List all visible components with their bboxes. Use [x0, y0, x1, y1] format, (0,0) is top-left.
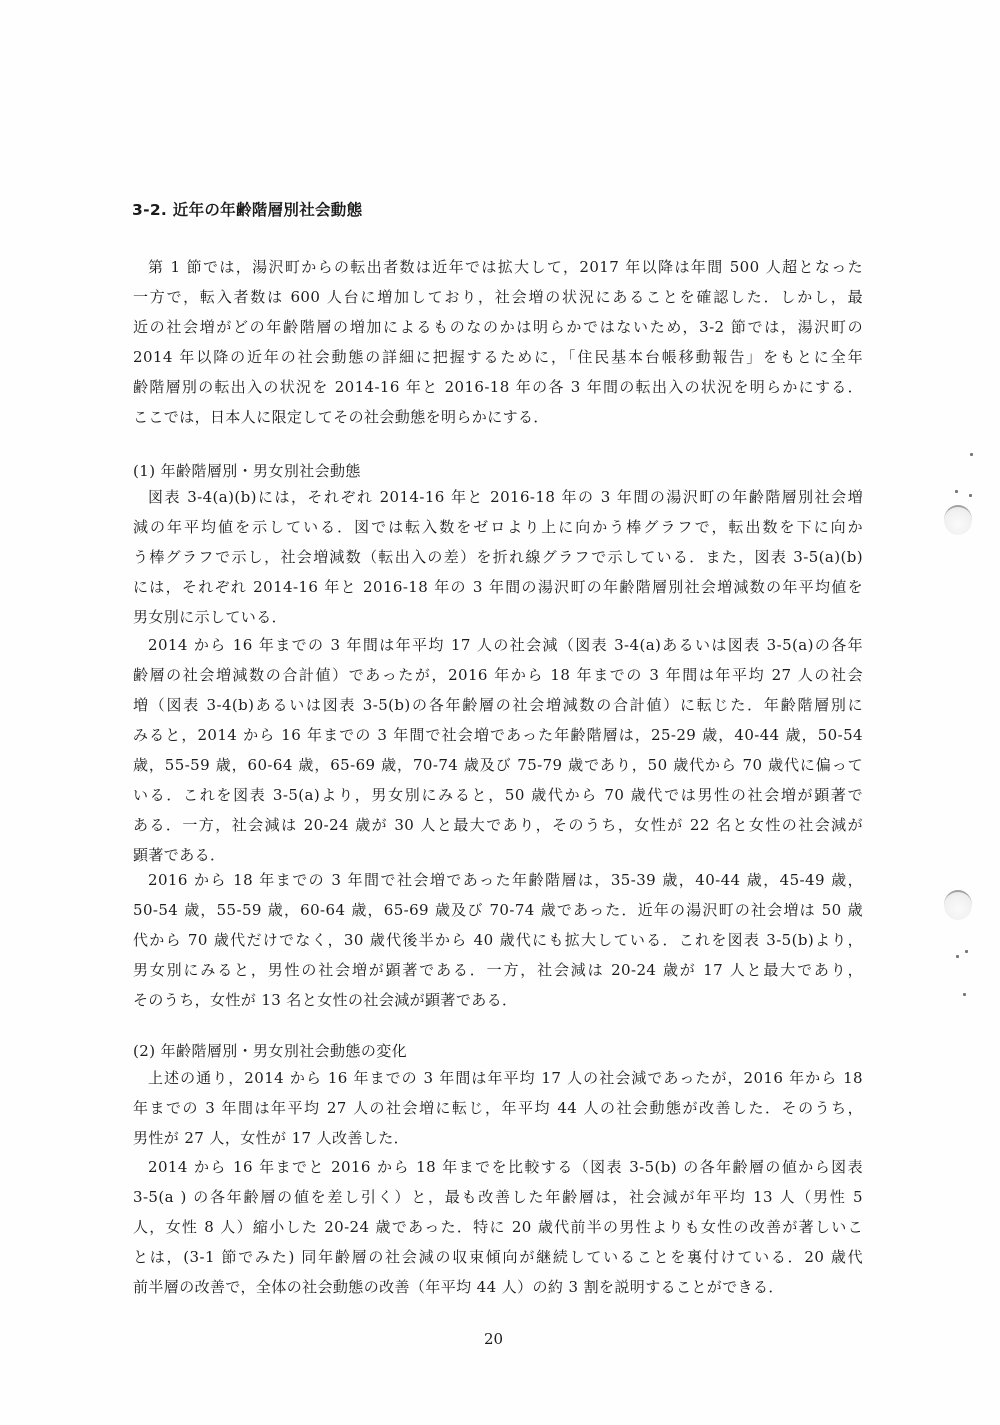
text-line: 一方で，転入者数は 600 人台に増加しており，社会増の状況にあることを確認した…: [133, 282, 863, 312]
text-line: 2014 から 16 年までと 2016 から 18 年までを比較する（図表 3…: [133, 1152, 863, 1182]
scan-speck: [963, 993, 966, 996]
text-line: 増（図表 3-4(b)あるいは図表 3-5(b)の各年齢層の社会増減数の合計値）…: [133, 690, 863, 720]
scan-speck: [965, 950, 968, 953]
subsection-1-title: (1) 年齢階層別・男女別社会動態: [133, 460, 361, 481]
text-line: ここでは，日本人に限定してその社会動態を明らかにする．: [133, 402, 863, 432]
text-line: 2014 年以降の近年の社会動態の詳細に把握するために，「住民基本台帳移動報告」…: [133, 342, 863, 372]
subsection-1-paragraph-2: 2014 から 16 年までの 3 年間は年平均 17 人の社会減（図表 3-4…: [133, 630, 863, 870]
subsection-2-paragraph-1: 上述の通り，2014 から 16 年までの 3 年間は年平均 17 人の社会減で…: [133, 1063, 863, 1153]
text-line: ある．一方，社会減は 20-24 歳が 30 人と最大であり，そのうち，女性が …: [133, 810, 863, 840]
text-line: 3-5(a ) の各年齢層の値を差し引く）と，最も改善した年齢層は，社会減が年平…: [133, 1182, 863, 1212]
document-page: 3-2. 近年の年齢階層別社会動態 第 1 節では，湯沢町からの転出者数は近年で…: [0, 0, 1000, 1425]
page-number: 20: [484, 1330, 503, 1348]
text-line: 50-54 歳，55-59 歳，60-64 歳，65-69 歳及び 70-74 …: [133, 895, 863, 925]
text-line: みると，2014 から 16 年までの 3 年間で社会増であった年齢階層は，25…: [133, 720, 863, 750]
subsection-2-paragraph-2: 2014 から 16 年までと 2016 から 18 年までを比較する（図表 3…: [133, 1152, 863, 1302]
text-line: 図表 3-4(a)(b)には，それぞれ 2014-16 年と 2016-18 年…: [133, 482, 863, 512]
text-line: 歳，55-59 歳，60-64 歳，65-69 歳，70-74 歳及び 75-7…: [133, 750, 863, 780]
text-line: そのうち，女性が 13 名と女性の社会減が顕著である．: [133, 985, 863, 1015]
section-heading: 3-2. 近年の年齢階層別社会動態: [132, 198, 362, 220]
text-line: 上述の通り，2014 から 16 年までの 3 年間は年平均 17 人の社会減で…: [133, 1063, 863, 1093]
text-line: 代から 70 歳代だけでなく，30 歳代後半から 40 歳代にも拡大している．こ…: [133, 925, 863, 955]
text-line: 第 1 節では，湯沢町からの転出者数は近年では拡大して，2017 年以降は年間 …: [133, 252, 863, 282]
text-line: 齢階層別の転出入の状況を 2014-16 年と 2016-18 年の各 3 年間…: [133, 372, 863, 402]
scan-speck: [970, 453, 973, 456]
text-line: 年までの 3 年間は年平均 27 人の社会増に転じ，年平均 44 人の社会動態が…: [133, 1093, 863, 1123]
text-line: 2014 から 16 年までの 3 年間は年平均 17 人の社会減（図表 3-4…: [133, 630, 863, 660]
text-line: とは，(3-1 節でみた) 同年齢層の社会減の収束傾向が継続していることを裏付け…: [133, 1242, 863, 1272]
punch-hole-mark: [944, 505, 972, 535]
text-line: 男性が 27 人，女性が 17 人改善した．: [133, 1123, 863, 1153]
text-line: 齢層の社会増減数の合計値）であったが，2016 年から 18 年までの 3 年間…: [133, 660, 863, 690]
text-line: 近の社会増がどの年齢階層の増加によるものなのかは明らかではないため，3-2 節で…: [133, 312, 863, 342]
text-line: 人，女性 8 人）縮小した 20-24 歳であった．特に 20 歳代前半の男性よ…: [133, 1212, 863, 1242]
scan-speck: [956, 955, 959, 958]
subsection-1-paragraph-1: 図表 3-4(a)(b)には，それぞれ 2014-16 年と 2016-18 年…: [133, 482, 863, 632]
text-line: 減の年平均値を示している．図では転入数をゼロより上に向かう棒グラフで，転出数を下…: [133, 512, 863, 542]
subsection-1-paragraph-3: 2016 から 18 年までの 3 年間で社会増であった年齢階層は，35-39 …: [133, 865, 863, 1015]
text-line: 2016 から 18 年までの 3 年間で社会増であった年齢階層は，35-39 …: [133, 865, 863, 895]
text-line: 男女別にみると，男性の社会増が顕著である．一方，社会減は 20-24 歳が 17…: [133, 955, 863, 985]
text-line: う棒グラフで示し，社会増減数（転出入の差）を折れ線グラフで示している．また，図表…: [133, 542, 863, 572]
text-line: には，それぞれ 2014-16 年と 2016-18 年の 3 年間の湯沢町の年…: [133, 572, 863, 602]
scan-speck: [969, 494, 972, 497]
text-line: 男女別に示している．: [133, 602, 863, 632]
subsection-2-title: (2) 年齢階層別・男女別社会動態の変化: [133, 1040, 407, 1061]
punch-hole-mark: [944, 890, 972, 920]
intro-paragraph: 第 1 節では，湯沢町からの転出者数は近年では拡大して，2017 年以降は年間 …: [133, 252, 863, 432]
scan-speck: [955, 490, 958, 493]
text-line: いる．これを図表 3-5(a)より，男女別にみると，50 歳代から 70 歳代で…: [133, 780, 863, 810]
text-line: 前半層の改善で，全体の社会動態の改善（年平均 44 人）の約 3 割を説明するこ…: [133, 1272, 863, 1302]
